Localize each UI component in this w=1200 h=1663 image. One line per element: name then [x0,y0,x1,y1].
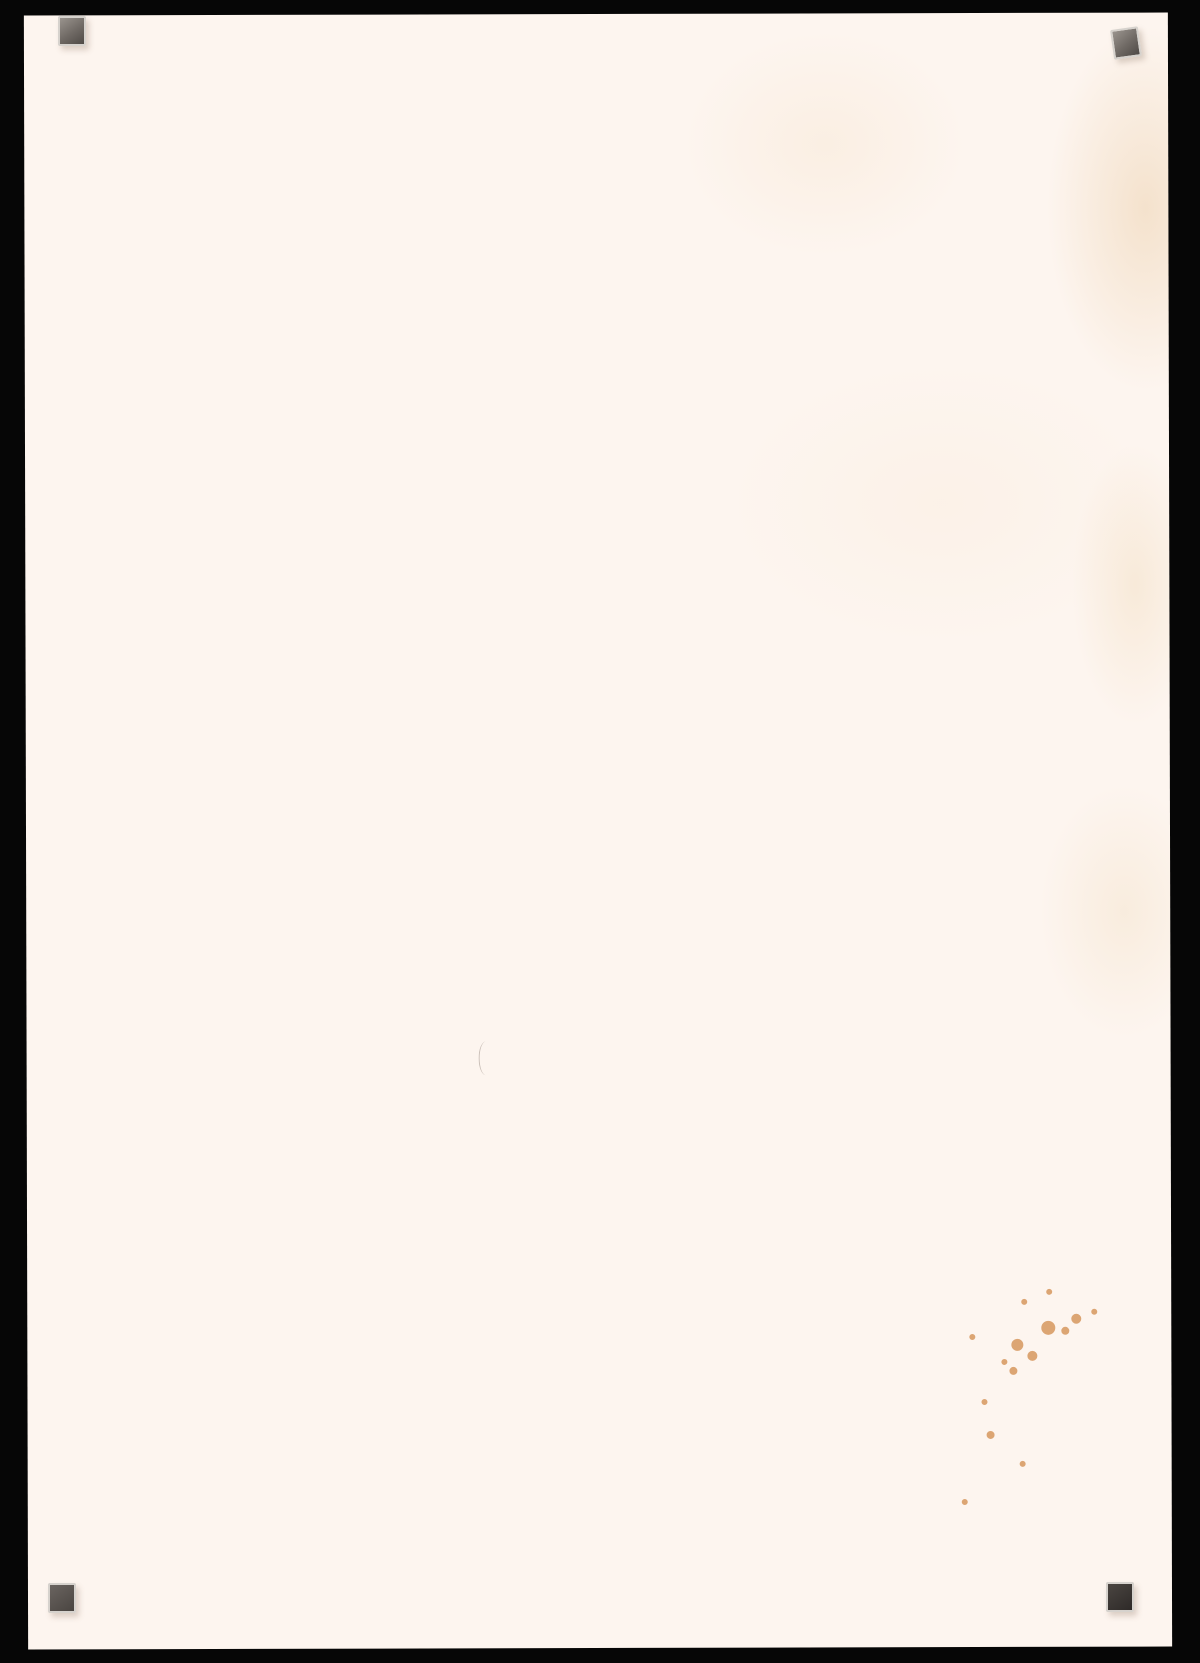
stain-spot [1027,1351,1037,1361]
stain-spot [1041,1321,1055,1335]
magnet-top-left [58,16,86,46]
stain-spot [1046,1289,1052,1295]
stain-spot [1071,1314,1081,1324]
faint-pencil-mark [479,1041,494,1075]
stain-spot [1021,1299,1027,1305]
stain-spot [1061,1327,1069,1335]
stain-spot [1001,1359,1007,1365]
magnet-bottom-left [48,1583,76,1613]
stain-spot [987,1431,995,1439]
foxing-stains [24,13,1168,16]
photo-scene [0,0,1200,1663]
stain-spot [1009,1367,1017,1375]
stain-spot [969,1334,975,1340]
stain-spot [1091,1309,1097,1315]
blank-paper-sheet [24,13,1172,1650]
magnet-top-right [1110,26,1142,60]
magnet-bottom-right [1106,1582,1134,1612]
stain-spot [1020,1461,1026,1467]
stain-spot [962,1499,968,1505]
stain-spot [981,1399,987,1405]
stain-spot [1011,1339,1023,1351]
